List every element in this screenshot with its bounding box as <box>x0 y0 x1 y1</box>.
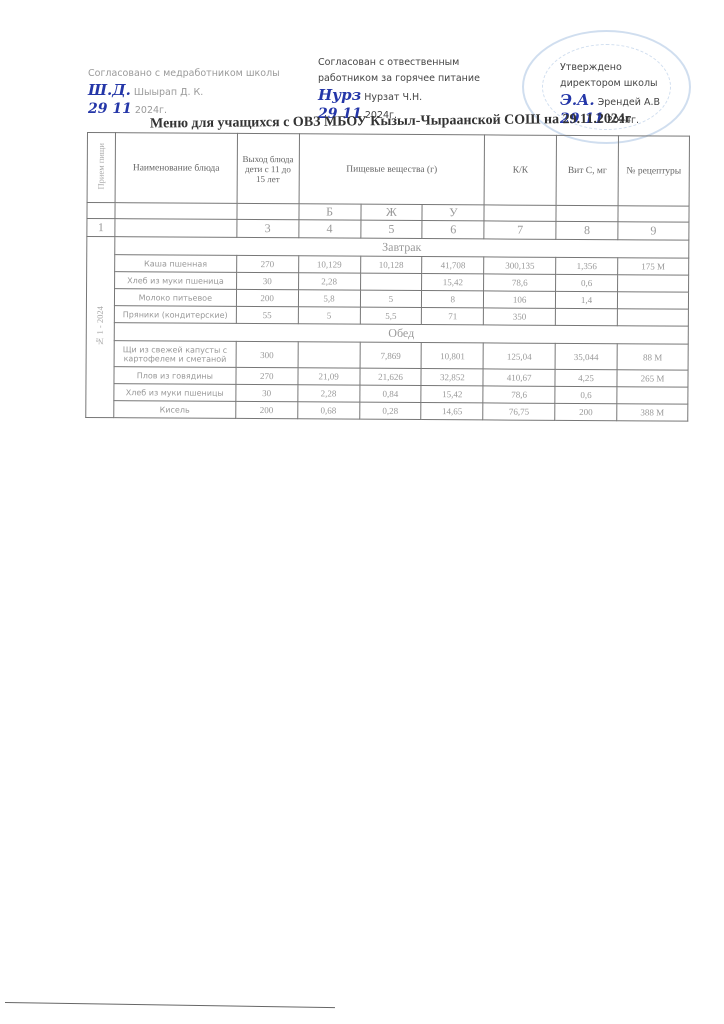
cell-vitc <box>555 308 617 325</box>
cell-kcal: 410,67 <box>483 369 555 386</box>
cell-portion: 30 <box>236 272 298 289</box>
signature: Ш.Д. <box>88 81 131 99</box>
table-row: Кисель2000,680,2814,6576,75200388 М <box>86 400 688 421</box>
approval-mid-line1: Согласован с отвественным <box>318 55 480 71</box>
cell-zh: 21,626 <box>359 368 421 385</box>
cell-portion: 30 <box>236 384 298 401</box>
cell-zh: 7,869 <box>360 342 422 368</box>
cell-kcal: 350 <box>484 308 556 325</box>
cell-portion: 270 <box>236 255 298 272</box>
cell-dish: Кисель <box>114 401 236 419</box>
cell-b: 2,28 <box>297 385 359 402</box>
cell-recipe: 265 М <box>617 370 688 387</box>
header-fat: Ж <box>360 204 422 220</box>
signature: Нурз <box>318 86 361 104</box>
cell-vitc: 4,25 <box>555 369 617 386</box>
approval-mid-line2: работником за горячее питание <box>318 71 480 87</box>
cell-u: 32,852 <box>421 369 483 386</box>
cell-recipe <box>617 387 688 404</box>
cell-b: 10,129 <box>298 256 360 273</box>
cell-dish: Молоко питьевое <box>114 289 236 307</box>
cell-dish: Хлеб из муки пшеница <box>114 272 236 290</box>
cell-kcal: 76,75 <box>483 403 555 420</box>
cell-dish: Щи из свежей капусты с картофелем и смет… <box>114 341 236 368</box>
cell-kcal: 125,04 <box>483 343 555 369</box>
header-protein: Б <box>299 204 361 220</box>
cell-portion: 270 <box>236 367 298 384</box>
cell-kcal: 106 <box>484 291 556 308</box>
cell-kcal: 300,135 <box>484 257 556 274</box>
cell-u: 15,42 <box>422 274 484 291</box>
cell-kcal: 78,6 <box>484 274 556 291</box>
cell-recipe: 175 М <box>618 258 689 275</box>
header-recipe: № рецептуры <box>618 136 689 206</box>
cell-vitc: 1,4 <box>556 291 618 308</box>
cell-recipe: 88 М <box>617 344 688 370</box>
header-carbs: У <box>422 205 484 221</box>
cell-zh: 5 <box>360 290 422 307</box>
cell-portion: 55 <box>236 306 298 323</box>
cell-u: 14,65 <box>421 403 483 420</box>
cell-recipe <box>617 309 688 326</box>
cell-vitc: 35,044 <box>555 343 617 369</box>
cell-b: 5,8 <box>298 290 360 307</box>
cell-zh <box>360 273 422 290</box>
table-row: Щи из свежей капусты с картофелем и смет… <box>86 340 688 370</box>
date-cell: № 1 - 2024 <box>86 237 115 418</box>
approval-medical: Согласовано с медработником школы Ш.Д. Ш… <box>88 66 280 119</box>
approval-right-line1: Утверждено <box>560 60 660 76</box>
cell-zh: 0,84 <box>359 385 421 402</box>
cell-recipe: 388 М <box>617 404 688 421</box>
header-portion: Выход блюда дети с 11 до 15 лет <box>237 133 299 203</box>
approval-right-line2: директором школы <box>560 76 660 92</box>
cell-b: 21,09 <box>298 368 360 385</box>
cell-u: 15,42 <box>421 386 483 403</box>
header-kcal: К/К <box>484 135 556 205</box>
cell-vitc: 0,6 <box>555 386 617 403</box>
cell-dish: Пряники (кондитерские) <box>114 306 236 324</box>
cell-portion: 300 <box>236 341 298 367</box>
cell-vitc: 200 <box>555 403 617 420</box>
approval-left-year: 2024г. <box>135 105 167 116</box>
footer-divider <box>5 1002 335 1008</box>
cell-dish: Хлеб из муки пшеницы <box>114 384 236 402</box>
cell-zh: 5,5 <box>360 307 422 324</box>
cell-b: 5 <box>298 307 360 324</box>
cell-zh: 10,128 <box>360 256 422 273</box>
cell-b: 0,68 <box>297 402 359 419</box>
cell-u: 8 <box>422 291 484 308</box>
handwritten-date: 29 11 <box>88 101 132 117</box>
header-vitc: Вит С, мг <box>556 135 618 205</box>
approval-mid-name: Нурзат Ч.Н. <box>364 92 422 103</box>
header-dish: Наименование блюда <box>115 133 237 204</box>
cell-portion: 200 <box>236 401 298 418</box>
cell-vitc: 1,356 <box>556 257 618 274</box>
cell-dish: Плов из говядины <box>114 367 236 385</box>
cell-recipe <box>618 275 689 292</box>
cell-b <box>298 342 360 368</box>
cell-b: 2,28 <box>298 273 360 290</box>
menu-table: Прием пищи Наименование блюда Выход блюд… <box>85 132 690 422</box>
approval-left-line1: Согласовано с медработником школы <box>88 66 280 82</box>
approval-right-name: Эрендей А.В <box>598 97 660 108</box>
cell-zh: 0,28 <box>359 402 421 419</box>
cell-portion: 200 <box>236 289 298 306</box>
cell-dish: Каша пшенная <box>115 255 237 273</box>
cell-u: 10,801 <box>421 343 483 369</box>
approval-left-name: Шыырап Д. К. <box>134 87 203 98</box>
signature: Э.А. <box>560 91 595 109</box>
cell-recipe <box>617 292 688 309</box>
cell-u: 41,708 <box>422 257 484 274</box>
cell-kcal: 78,6 <box>483 386 555 403</box>
cell-u: 71 <box>422 308 484 325</box>
cell-vitc: 0,6 <box>556 274 618 291</box>
header-nutrients: Пищевые вещества (г) <box>299 134 485 205</box>
header-meal: Прием пищи <box>87 133 115 203</box>
